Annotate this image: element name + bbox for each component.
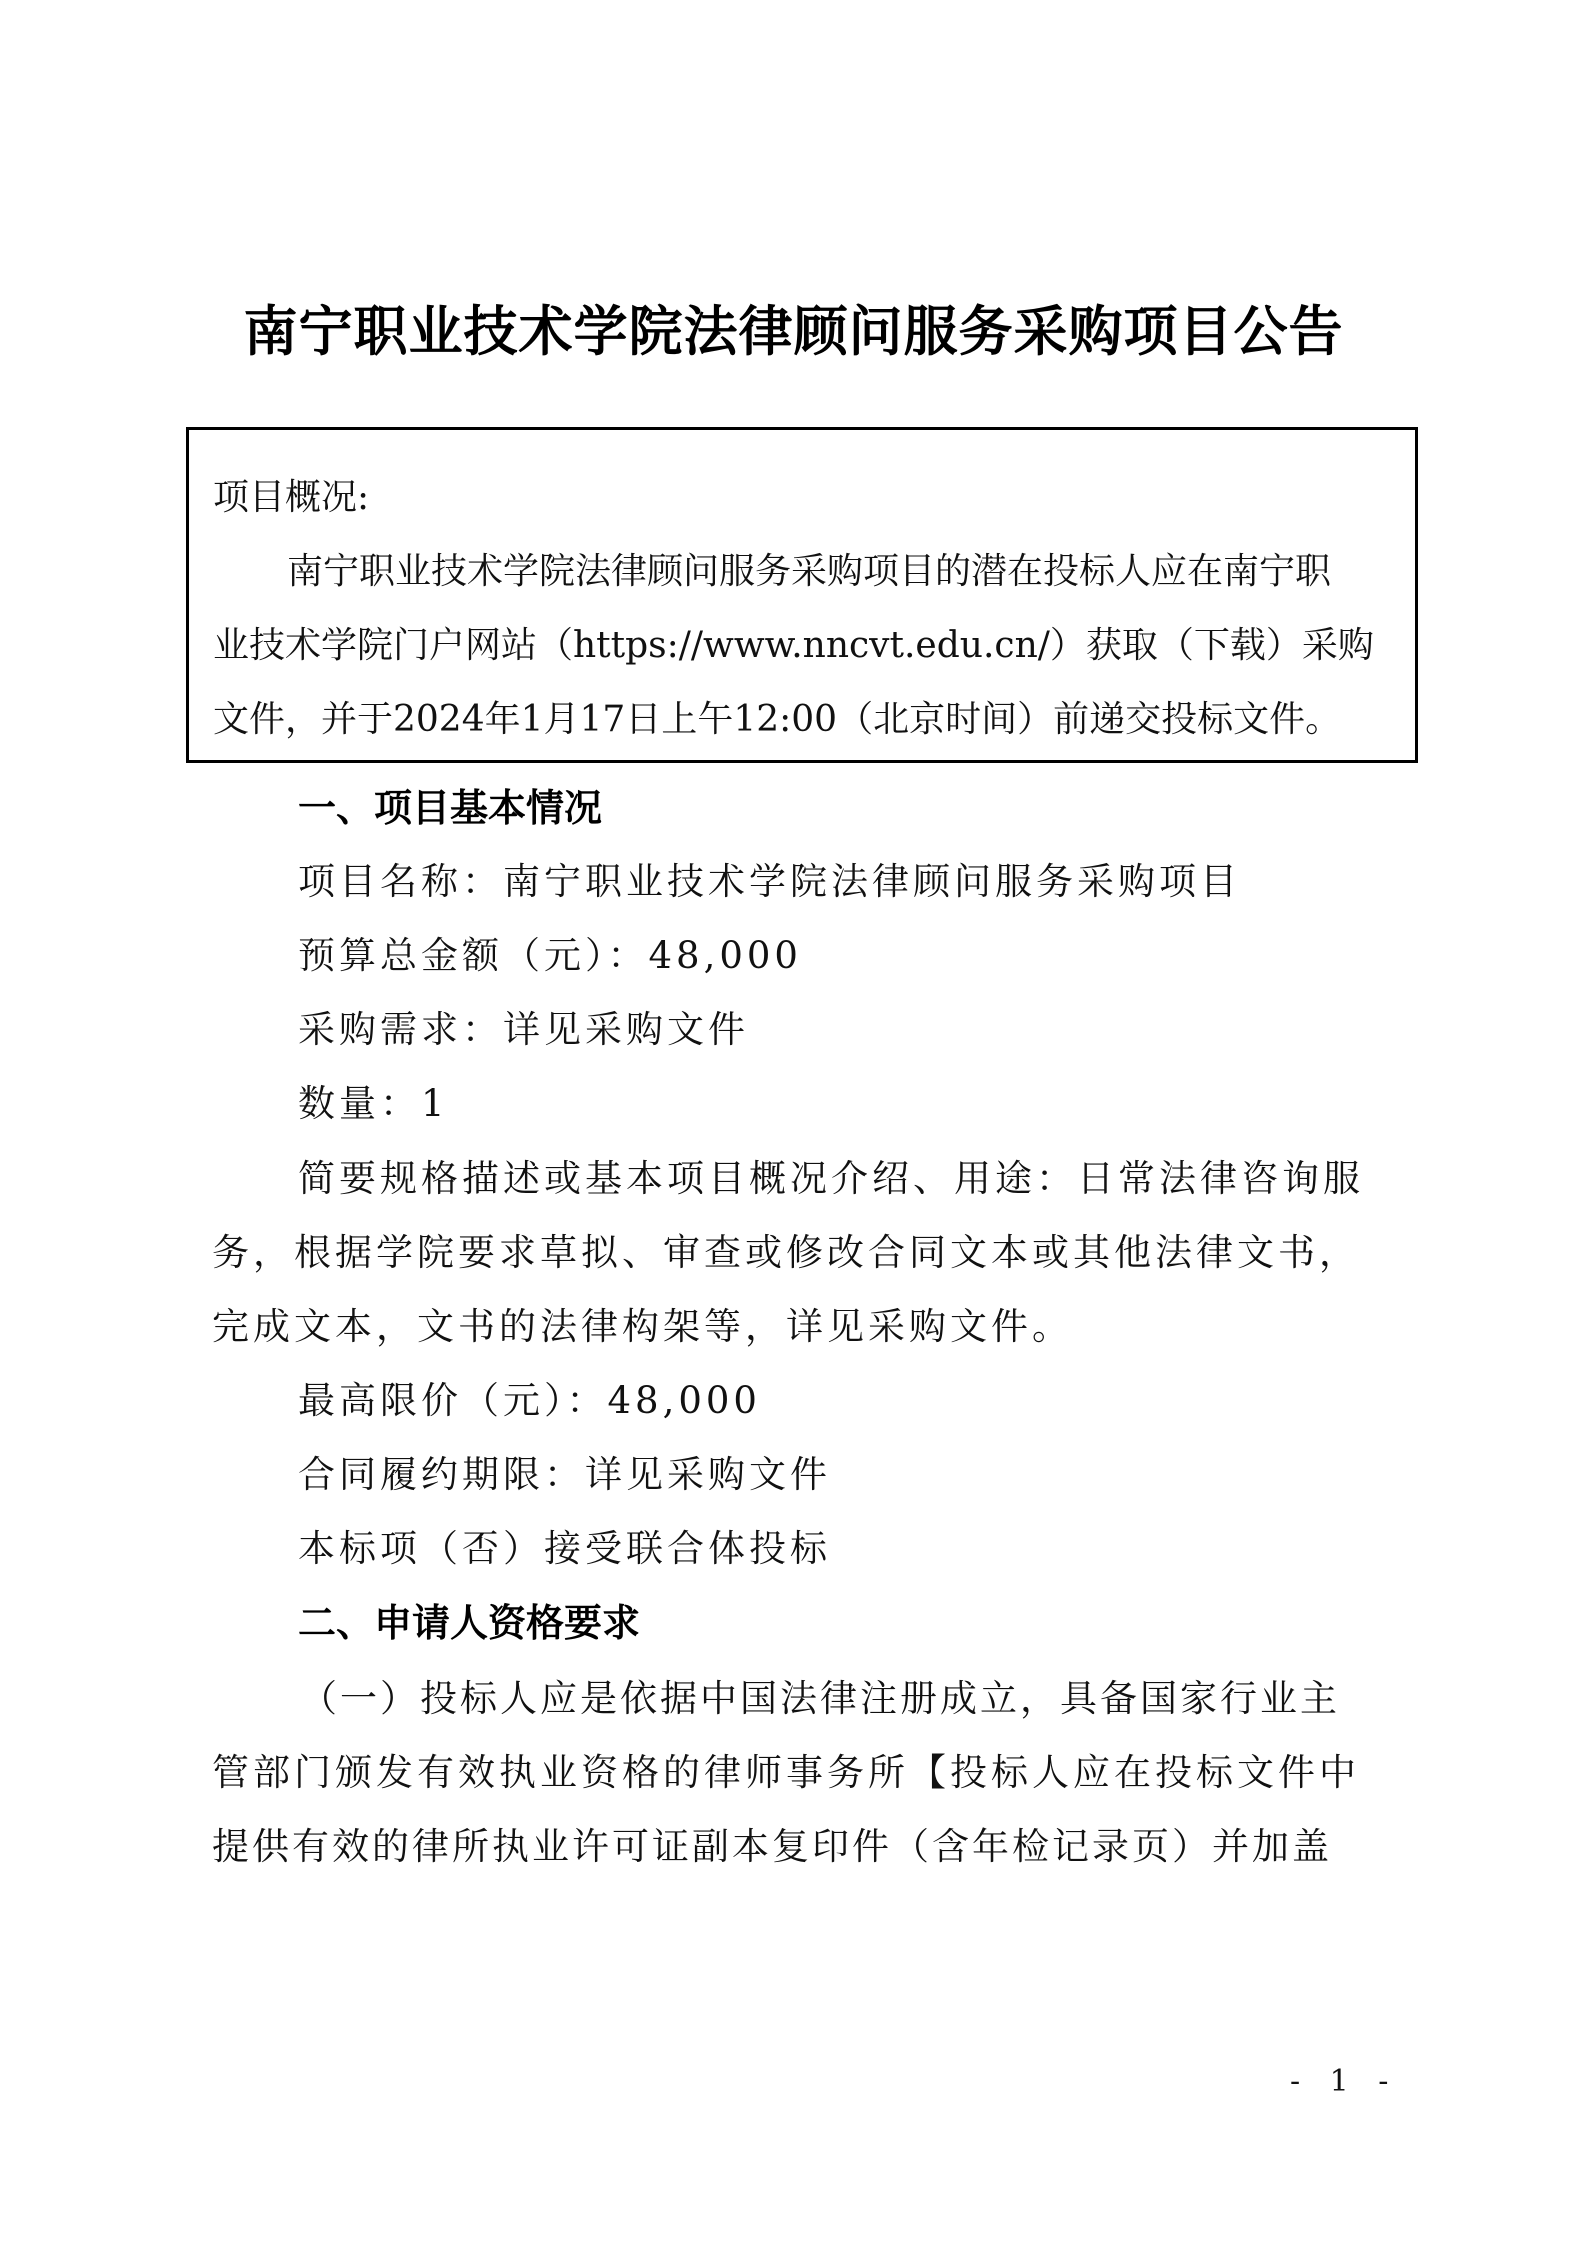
field-project-name: 项目名称：南宁职业技术学院法律顾问服务采购项目 <box>298 856 1241 908</box>
field-quantity: 数量：1 <box>298 1078 449 1130</box>
page-number: - 1 - <box>1290 2062 1398 2102</box>
overview-text-line: 南宁职业技术学院法律顾问服务采购项目的潜在投标人应在南宁职 <box>287 547 1331 597</box>
section-heading-basic-info: 一、项目基本情况 <box>298 782 602 834</box>
qualification-line: 管部门颁发有效执业资格的律师事务所【投标人应在投标文件中 <box>212 1747 1360 1799</box>
overview-text-line: 业技术学院门户网站（https://www.nncvt.edu.cn/）获取（下… <box>213 621 1374 671</box>
overview-label: 项目概况: <box>213 473 369 523</box>
field-contract-period: 合同履约期限：详见采购文件 <box>298 1449 831 1501</box>
page-title: 南宁职业技术学院法律顾问服务采购项目公告 <box>0 296 1587 368</box>
field-requirements: 采购需求：详见采购文件 <box>298 1004 749 1056</box>
overview-text-line: 文件，并于2024年1月17日上午12:00（北京时间）前递交投标文件。 <box>213 695 1341 745</box>
field-consortium-bidding: 本标项（否）接受联合体投标 <box>298 1523 831 1575</box>
description-line: 简要规格描述或基本项目概况介绍、用途：日常法律咨询服 <box>298 1153 1364 1205</box>
field-max-price: 最高限价（元）：48,000 <box>298 1375 761 1427</box>
description-line: 务，根据学院要求草拟、审查或修改合同文本或其他法律文书， <box>212 1227 1360 1279</box>
project-overview-box: 项目概况: 南宁职业技术学院法律顾问服务采购项目的潜在投标人应在南宁职 业技术学… <box>186 427 1418 763</box>
field-budget-total: 预算总金额（元）：48,000 <box>298 930 802 982</box>
qualification-line: 提供有效的律所执业许可证副本复印件（含年检记录页）并加盖 <box>212 1821 1332 1873</box>
qualification-line: （一）投标人应是依据中国法律注册成立，具备国家行业主 <box>300 1673 1340 1725</box>
section-heading-qualifications: 二、申请人资格要求 <box>298 1597 640 1649</box>
description-line: 完成文本，文书的法律构架等，详见采购文件。 <box>212 1301 1073 1353</box>
